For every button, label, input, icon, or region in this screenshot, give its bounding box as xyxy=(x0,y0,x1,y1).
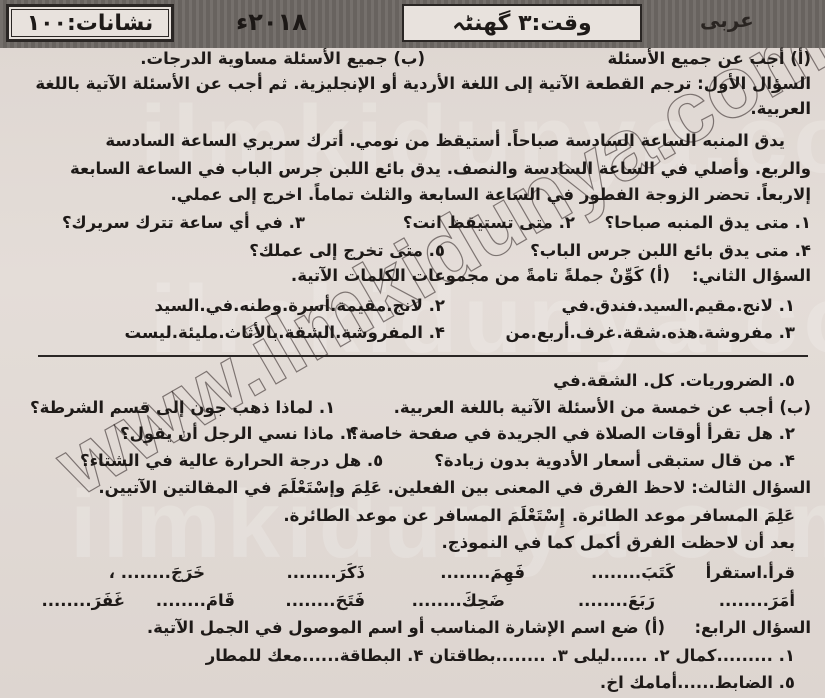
q2-b-question-4: ۴. من قال ستبقى أسعار الأدوية بدون زيادة… xyxy=(434,450,795,472)
q3-blank-dahik: ضَحِكَ........ xyxy=(412,590,505,612)
exam-year: ۲۰۱۸ء xyxy=(236,8,307,36)
q3-blank-kharaj: خَرَجَ........ ، xyxy=(109,562,205,584)
subject-title: عربی xyxy=(700,8,754,32)
q2-b-question-2: ٢. هل تقرأ أوقات الصلاة في الجريدة في صف… xyxy=(349,423,795,445)
q2-title: السؤال الثاني: xyxy=(692,265,811,287)
section-divider xyxy=(38,355,808,357)
instruction-b: (ب) جميع الأسئلة مساوية الدرجات. xyxy=(140,48,425,70)
q1-prompt-cont: العربية. xyxy=(750,98,811,120)
q2-item-3: ٣. مفروشة.هذه.شقة.غرف.أربع.من xyxy=(506,322,795,344)
q1-prompt: السؤال الأول: ترجم القطعة الآتية إلى الل… xyxy=(35,73,811,95)
q3-model: قرأ.استقرأ xyxy=(706,562,795,584)
instruction-a: (أ) أجب عن جميع الأسئلة xyxy=(608,48,811,70)
q3-blank-fahim: فَهِمَ........ xyxy=(440,562,525,584)
q4-items-row2: ٥. الضابط......أمامك اخ. xyxy=(600,672,795,694)
q1-question-2: ٢. متى تستيقظ انت؟ xyxy=(403,212,575,234)
total-marks: نشانات:۱۰۰ xyxy=(27,11,154,36)
q3-instruction: بعد أن لاحظت الفرق أكمل كما في النموذج. xyxy=(442,532,795,554)
q2-part-a: (أ) كَوِّنْ جملةً تامةً من مجموعات الكلم… xyxy=(291,265,670,287)
q2-b-question-3: ٣. ماذا نسي الرجل أن يقول؟ xyxy=(120,423,356,445)
q2-part-b: (ب) أجب عن خمسة من الأسئلة الآتية باللغة… xyxy=(394,397,811,419)
q2-b-question-5: ٥. هل درجة الحرارة عالية في الشتاء؟ xyxy=(80,450,383,472)
q3-prompt: السؤال الثالث: لاحظ الفرق في المعنى بين … xyxy=(98,477,811,499)
q3-blank-rabaa: رَبَعَ........ xyxy=(578,590,655,612)
q2-item-4: ۴. المفروشة.الشقة.بالأثاث.مليئة.ليست xyxy=(125,322,446,344)
q3-blank-fatah: فَتَحَ........ xyxy=(285,590,365,612)
q1-question-3: ٣. في أي ساعة تترك سريرك؟ xyxy=(62,212,305,234)
marks-box: نشانات:۱۰۰ xyxy=(6,4,174,42)
q3-blank-dhakar: ذَكَرَ........ xyxy=(287,562,365,584)
q2-item-1: ١. لانج.مقيم.السيد.فندق.في xyxy=(561,295,795,317)
q4-title: السؤال الرابع: xyxy=(694,617,811,639)
q4-items-row1: ١. .........كمال ٢. ......ليلى ٣. ......… xyxy=(206,645,795,667)
q3-blank-ghafar: غَفَرَ........ xyxy=(41,590,125,612)
q3-example-1: عَلِمَ المسافر موعد الطائرة. xyxy=(572,505,795,527)
exam-paper: ilmkidunya.com ilmkidunya.com ilmkidunya… xyxy=(0,0,825,698)
q3-blank-qam: قَامَ........ xyxy=(156,590,235,612)
q1-passage-line-1: يدق المنبه الساعة السادسة صباحاً. أستيقظ… xyxy=(105,130,785,152)
q1-question-1: ١. متى يدق المنبه صباحا؟ xyxy=(605,212,811,234)
q1-question-4: ۴. متى يدق بائع اللبن جرس الباب؟ xyxy=(530,240,811,262)
q1-passage-line-3: إلاربعاً. تحضر الزوجة الفطور في الساعة ا… xyxy=(170,184,811,206)
q1-passage-line-2: والربع. وأصلي في الساعة السادسة والنصف. … xyxy=(70,158,811,180)
q2-item-5: ٥. الضروريات. كل. الشقة.في xyxy=(553,370,795,392)
q2-b-question-1: ١. لماذا ذهب جون إلى قسم الشرطة؟ xyxy=(30,397,335,419)
q3-example-2: إِسْتَعْلَمَ المسافر عن موعد الطائرة. xyxy=(283,505,565,527)
q3-blank-amar: أمَرَ........ xyxy=(719,590,795,612)
q4-part-a: (أ) ضع اسم الإشارة المناسب أو اسم الموصو… xyxy=(147,617,665,639)
q3-blank-katab: كَتَبَ........ xyxy=(591,562,675,584)
q1-question-5: ٥. متى تخرج إلى عملك؟ xyxy=(249,240,445,262)
header-band: نشانات:۱۰۰ ۲۰۱۸ء وقت:۳ گھنٹہ عربی xyxy=(0,0,825,48)
time-box: وقت:۳ گھنٹہ xyxy=(402,4,642,42)
time-allowed: وقت:۳ گھنٹہ xyxy=(452,11,591,36)
q2-item-2: ٢. لانج.مقيمة.أسرة.وطنه.في.السيد xyxy=(154,295,445,317)
